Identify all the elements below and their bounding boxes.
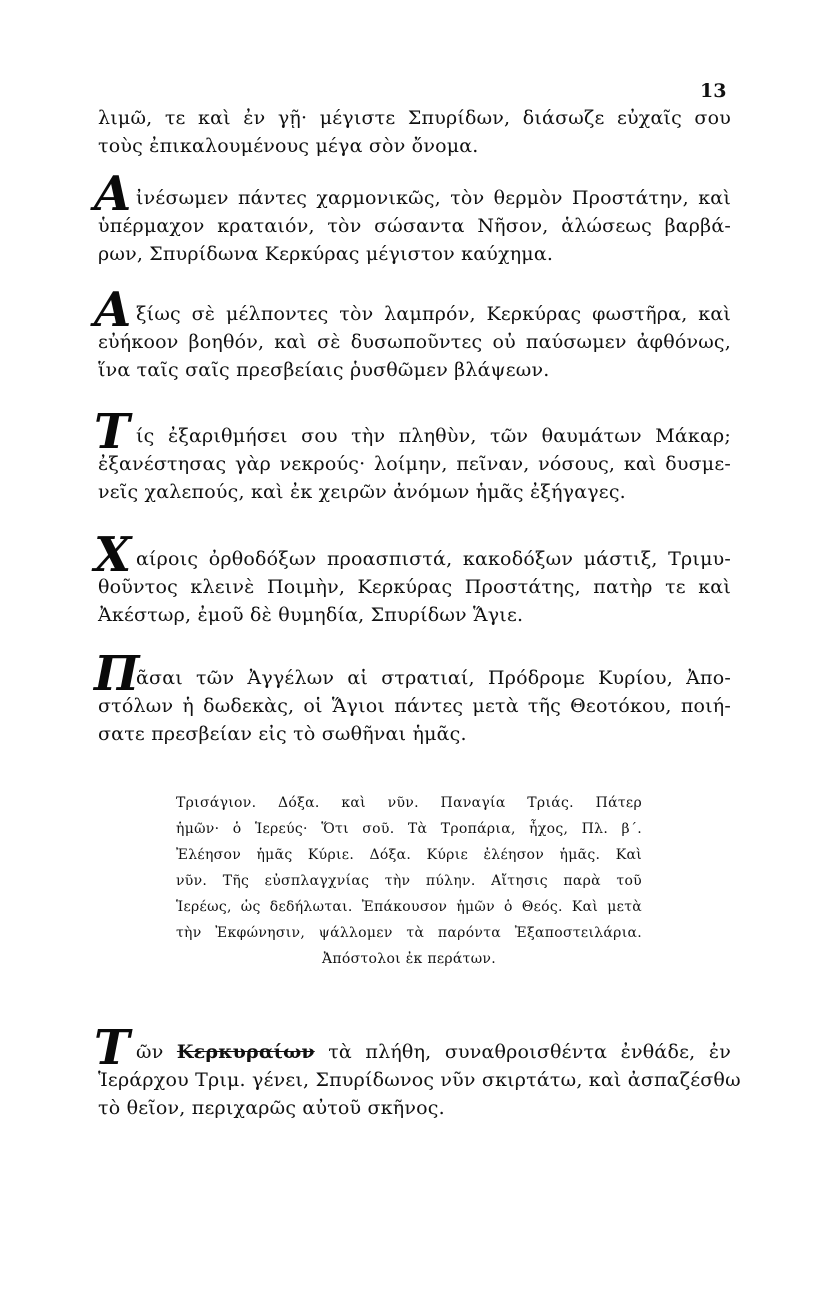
stanza-pasai: Π ᾶσαι τῶν Ἀγγέλων αἱ στρατιαί, Πρόδρομε… [98,664,731,748]
text-line: στόλων ἡ δωδεκὰς, οἱ Ἅγιοι πάντες μετὰ τ… [98,692,731,720]
text-line: ἰνέσωμεν πάντες χαρμονικῶς, τὸν θερμὸν Π… [98,184,731,212]
text-line: θοῦντος κλεινὲ Ποιμὴν, Κερκύρας Προστάτη… [98,573,731,601]
page-number: 13 [700,80,726,102]
text-line: ρων, Σπυρίδωνα Κερκύρας μέγιστον καύχημα… [98,240,731,268]
rubric-line: Ἐλέησον ἡμᾶς Κύριε. Δόξα. Κύριε ἐλέησον … [176,842,642,868]
text-line: εὐήκοον βοηθόν, καὶ σὲ δυσωποῦντες οὐ πα… [98,328,731,356]
rubric-heading: Ἀπόστολοι ἐκ περάτων. [176,946,642,972]
rubric-line: ἡμῶν· ὁ Ἱερεύς· Ὅτι σοῦ. Τὰ Τροπάρια, ἦχ… [176,816,642,842]
drop-cap: Α [94,170,131,218]
stanza-axios: Α ξίως σὲ μέλποντες τὸν λαμπρόν, Κερκύρα… [98,300,731,384]
intro-paragraph: λιμῶ, τε καὶ ἐν γῇ· μέγιστε Σπυρίδων, δι… [98,104,731,160]
drop-cap: Τ [94,1024,130,1072]
drop-cap: Π [94,650,139,698]
rubric-line: νῦν. Τῆς εὐσπλαγχνίας τὴν πύλην. Αἴτησις… [176,868,642,894]
text-line: ἵνα ταῖς σαῖς πρεσβείαις ῥυσθῶμεν βλάψεω… [98,356,731,384]
text-line: ᾶσαι τῶν Ἀγγέλων αἱ στρατιαί, Πρόδρομε Κ… [98,664,731,692]
drop-cap: Τ [94,408,130,456]
text-line: τὸ θεῖον, περιχαρῶς αὐτοῦ σκῆνος. [98,1094,731,1122]
book-page: 13 λιμῶ, τε καὶ ἐν γῇ· μέγιστε Σπυρίδων,… [0,0,827,1292]
text-fragment: τὰ πλήθη, συναθροισθέντα ἐνθάδε, ἐν [328,1041,731,1063]
text-line: ῶν Κερκυραίων τὰ πλήθη, συναθροισθέντα ἐ… [98,1038,731,1066]
drop-cap: Χ [94,531,131,579]
text-line: ίς ἐξαριθμήσει σου τὴν πληθὺν, τῶν θαυμά… [98,422,731,450]
text-line: ὑπέρμαχον κραταιόν, τὸν σώσαντα Νῆσον, ἁ… [98,212,731,240]
struck-word: Κερκυραίων [177,1041,315,1063]
text-line: νεῖς χαλεπούς, καὶ ἐκ χειρῶν ἀνόμων ἡμᾶς… [98,478,731,506]
stanza-ainesomen: Α ἰνέσωμεν πάντες χαρμονικῶς, τὸν θερμὸν… [98,184,731,268]
rubric-line: τὴν Ἐκφώνησιν, ψάλλομεν τὰ παρόντα Ἐξαπο… [176,920,642,946]
text-line: τοὺς ἐπικαλουμένους μέγα σὸν ὄνομα. [98,132,731,160]
text-line: λιμῶ, τε καὶ ἐν γῇ· μέγιστε Σπυρίδων, δι… [98,104,731,132]
text-line: ξίως σὲ μέλποντες τὸν λαμπρόν, Κερκύρας … [98,300,731,328]
text-line: Ἱεράρχου Τριμ. γένει, Σπυρίδωνος νῦν σκι… [98,1066,731,1094]
rubric-line: Ἱερέως, ὡς δεδήλωται. Ἐπάκουσον ἡμῶν ὁ Θ… [176,894,642,920]
text-line: ἐξανέστησας γὰρ νεκρούς· λοίμην, πεῖναν,… [98,450,731,478]
text-line: Ἀκέστωρ, ἐμοῦ δὲ θυμηδία, Σπυρίδων Ἅγιε. [98,601,731,629]
text-fragment: ῶν [136,1041,163,1063]
stanza-ton-kerkyraion: Τ ῶν Κερκυραίων τὰ πλήθη, συναθροισθέντα… [98,1038,731,1122]
rubric-line: Τρισάγιον. Δόξα. καὶ νῦν. Παναγία Τριάς.… [176,790,642,816]
stanza-tis: Τ ίς ἐξαριθμήσει σου τὴν πληθὺν, τῶν θαυ… [98,422,731,506]
text-line: σατε πρεσβείαν εἰς τὸ σωθῆναι ἡμᾶς. [98,720,731,748]
rubric-block: Τρισάγιον. Δόξα. καὶ νῦν. Παναγία Τριάς.… [176,790,642,972]
drop-cap: Α [94,286,131,334]
stanza-chairois: Χ αίροις ὀρθοδόξων προασπιστά, κακοδόξων… [98,545,731,629]
text-line: αίροις ὀρθοδόξων προασπιστά, κακοδόξων μ… [98,545,731,573]
